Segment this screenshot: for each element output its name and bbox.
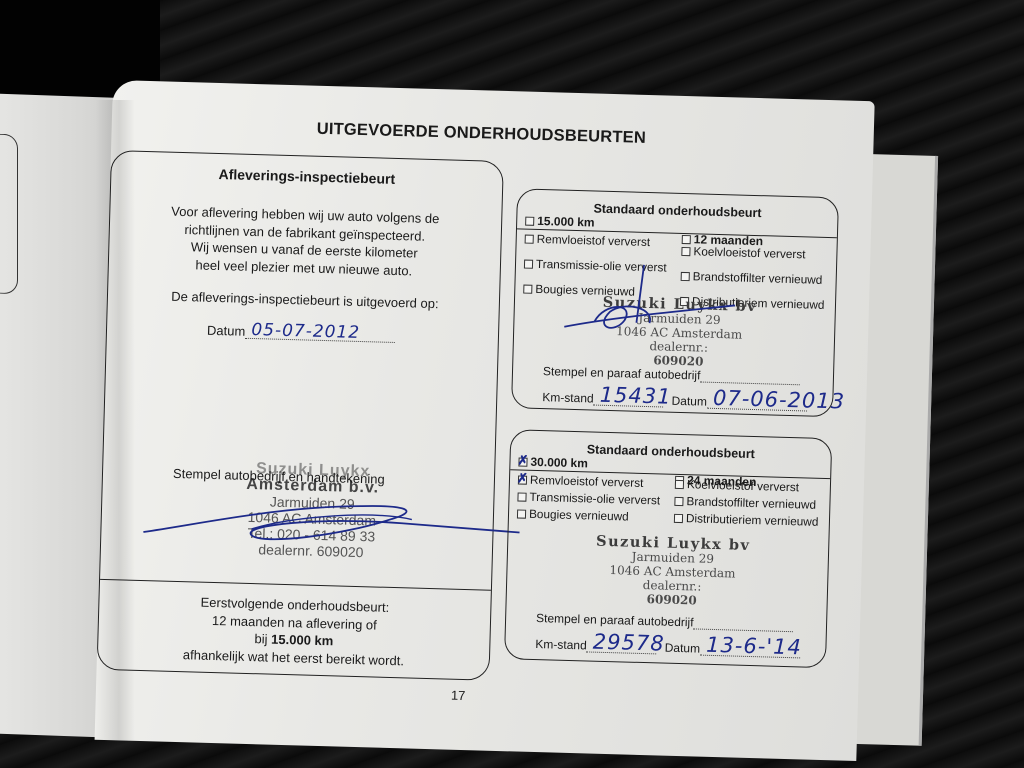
previous-page-frame (0, 133, 18, 294)
stamp-label: Stempel en paraaf autobedrijf (543, 364, 701, 382)
date-value: 13-6-'14 (706, 633, 802, 660)
booklet-page: UITGEVOERDE ONDERHOUDSBEURTEN Aflevering… (95, 80, 875, 761)
checkbox-icon[interactable] (517, 509, 526, 518)
service-box-30000: Standaard onderhoudsbeurt 30.000 km 24 m… (504, 429, 832, 668)
delivery-intro-text: Voor aflevering hebben wij uw auto volge… (129, 202, 481, 282)
check-label: Transmissie-olie ververst (529, 490, 660, 508)
date-label: Datum (665, 641, 701, 656)
delivery-date-field: 05-07-2012 (245, 321, 395, 343)
checkbox-icon[interactable] (674, 513, 683, 522)
stamp-label: Stempel en paraaf autobedrijf (536, 611, 694, 629)
check-item[interactable]: Transmissie-olie ververst (524, 256, 681, 276)
check-item[interactable]: Distributieriem vernieuwd (674, 510, 824, 530)
checkbox-icon[interactable] (523, 284, 532, 293)
check-label: Koelvloeistof ververst (693, 244, 805, 261)
delivery-date-value: 05-07-2012 (251, 320, 360, 343)
km-date-row: Km-stand 15431 Datum 07-06-2013 (542, 386, 807, 411)
next-service-info: Eerstvolgende onderhoudsbeurt: 12 maande… (98, 591, 491, 672)
check-label: Distributieriem vernieuwd (686, 511, 819, 529)
check-label: Transmissie-olie ververst (536, 257, 667, 275)
check-label: Brandstoffilter vernieuwd (686, 494, 816, 512)
checkbox-icon[interactable] (674, 496, 683, 505)
checkbox-icon[interactable] (525, 216, 534, 225)
km-option[interactable]: 30.000 km (518, 454, 588, 470)
date-value: 07-06-2013 (713, 386, 846, 414)
checkbox-icon[interactable] (681, 246, 690, 255)
checkbox-checked-icon[interactable] (518, 475, 527, 484)
km-value: 29578 (593, 630, 665, 656)
km-option-label: 15.000 km (537, 214, 595, 230)
service-box-15000: Standaard onderhoudsbeurt 15.000 km 12 m… (511, 188, 839, 417)
date-field: 13-6-'14 (700, 638, 800, 659)
page-number: 17 (451, 688, 466, 703)
check-item[interactable]: Bougies vernieuwd (517, 505, 674, 525)
check-label: Remvloeistof ververst (537, 232, 651, 249)
checkbox-icon[interactable] (524, 259, 533, 268)
date-field: 07-06-2013 (707, 391, 807, 412)
check-label: Brandstoffilter vernieuwd (693, 269, 823, 287)
dealer-stamp: Suzuki Luykx bv Jarmuiden 29 1046 AC Ams… (567, 534, 779, 610)
dealer-stamp: Suzuki Luykx bv Jarmuiden 29 1046 AC Ams… (573, 295, 785, 371)
checkbox-icon[interactable] (517, 492, 526, 501)
check-label: Remvloeistof ververst (530, 473, 644, 490)
checkbox-icon[interactable] (675, 479, 684, 488)
section-divider (100, 579, 491, 591)
checkbox-icon[interactable] (681, 271, 690, 280)
next-service-prefix: bij (254, 631, 267, 646)
km-field: 15431 (593, 388, 663, 408)
check-label: Bougies vernieuwd (529, 507, 629, 524)
check-label: Koelvloeistof ververst (687, 477, 799, 494)
spine-shadow (95, 100, 135, 740)
km-value: 15431 (599, 383, 671, 409)
km-label: Km-stand (535, 637, 587, 652)
performed-on-label: De afleverings-inspectiebeurt is uitgevo… (120, 287, 490, 312)
checkbox-checked-icon[interactable] (518, 457, 527, 466)
date-label: Datum (671, 394, 707, 409)
stamp-signature-row: Stempel en paraaf autobedrijf (536, 611, 794, 632)
km-field: 29578 (587, 634, 657, 654)
checkbox-icon[interactable] (525, 234, 534, 243)
km-label: Km-stand (542, 390, 594, 405)
stamp-dotted-line (700, 371, 800, 386)
delivery-date-row: Datum 05-07-2012 (207, 320, 396, 343)
date-label: Datum (207, 323, 246, 339)
delivery-inspection-box: Afleverings-inspectiebeurt Voor afleveri… (97, 150, 504, 681)
check-item[interactable]: Brandstoffilter vernieuwd (681, 268, 831, 288)
next-service-km: 15.000 km (271, 632, 334, 649)
km-option-label: 30.000 km (530, 455, 588, 471)
stamp-dotted-line (693, 617, 793, 632)
km-date-row: Km-stand 29578 Datum 13-6-'14 (535, 633, 800, 658)
km-option[interactable]: 15.000 km (525, 214, 595, 230)
delivery-inspection-heading: Afleverings-inspectiebeurt (111, 163, 502, 190)
page-title: UITGEVOERDE ONDERHOUDSBEURTEN (316, 120, 656, 148)
check-item[interactable]: Remvloeistof ververst (525, 231, 682, 251)
check-item[interactable]: Koelvloeistof ververst (681, 243, 831, 263)
service-checklist: Remvloeistof ververst Koelvloeistof verv… (517, 471, 828, 530)
